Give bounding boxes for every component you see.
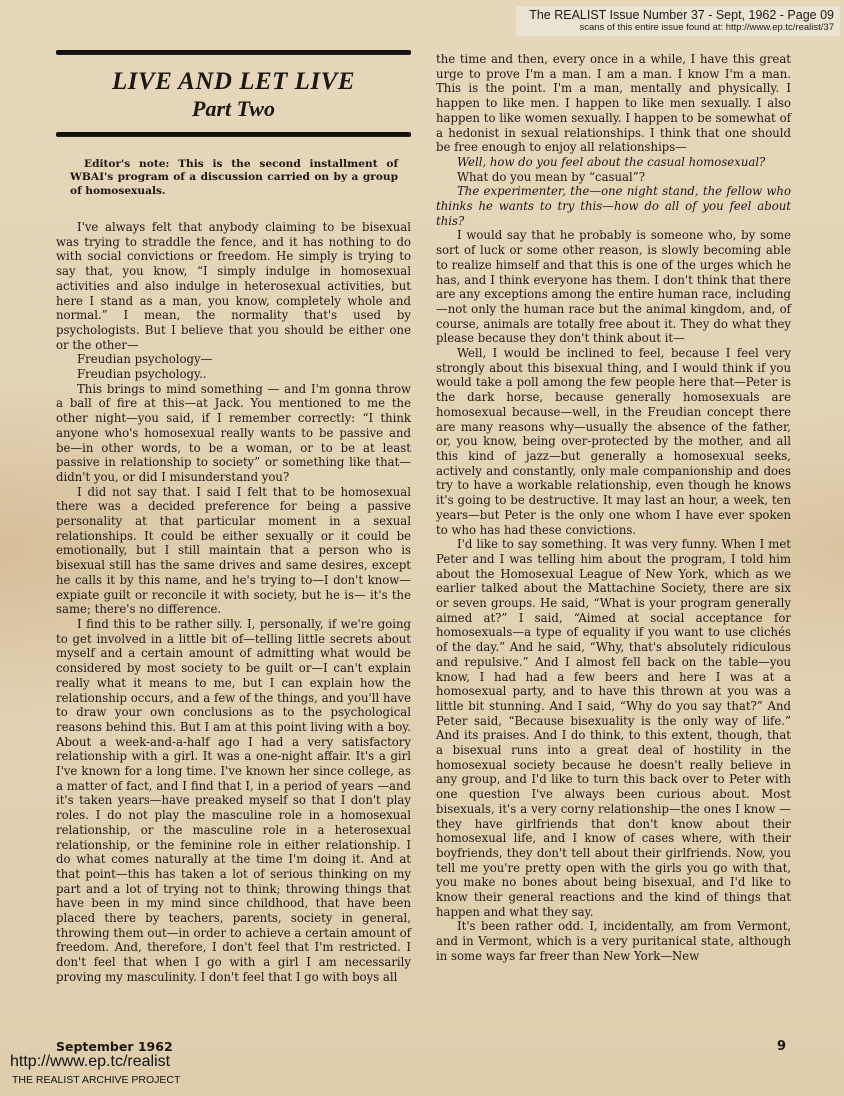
interviewer-question: The experimenter, the—one night stand, t… [436,184,791,228]
footer-issue-date: September 1962 [56,1039,173,1054]
top-rule-divider [56,50,411,54]
editor-note: Editor's note: This is the second instal… [70,158,398,198]
archive-project-label: THE REALIST ARCHIVE PROJECT [12,1074,180,1086]
right-column: the time and then, every once in a while… [436,52,791,964]
bottom-rule-divider [56,132,411,136]
article-subtitle: Part Two [56,96,411,122]
article-header: LIVE AND LET LIVE Part Two [56,50,411,136]
archive-url-link[interactable]: http://www.ep.tc/realist [10,1053,170,1071]
archive-stamp-title: The REALIST Issue Number 37 - Sept, 1962… [522,8,834,22]
archive-stamp-source: scans of this entire issue found at: htt… [522,22,834,33]
paragraph: This brings to mind something — and I'm … [56,382,411,485]
archive-stamp: The REALIST Issue Number 37 - Sept, 1962… [516,6,840,36]
page-number: 9 [777,1039,786,1054]
paragraph: I find this to be rather silly. I, perso… [56,617,411,985]
paragraph: Freudian psychology— [56,352,411,367]
paragraph: I did not say that. I said I felt that t… [56,485,411,617]
paragraph: Freudian psychology.. [56,367,411,382]
article-title: LIVE AND LET LIVE [56,67,411,96]
paragraph: It's been rather odd. I, incidentally, a… [436,919,791,963]
paragraph: I would say that he probably is someone … [436,228,791,346]
paragraph: I've always felt that anybody claiming t… [56,220,411,352]
paragraph: I'd like to say something. It was very f… [436,537,791,919]
paragraph: Well, I would be inclined to feel, becau… [436,346,791,537]
left-column: I've always felt that anybody claiming t… [56,220,411,985]
interviewer-question: Well, how do you feel about the casual h… [436,155,791,170]
paragraph: What do you mean by “casual”? [436,170,791,185]
paragraph: the time and then, every once in a while… [436,52,791,155]
